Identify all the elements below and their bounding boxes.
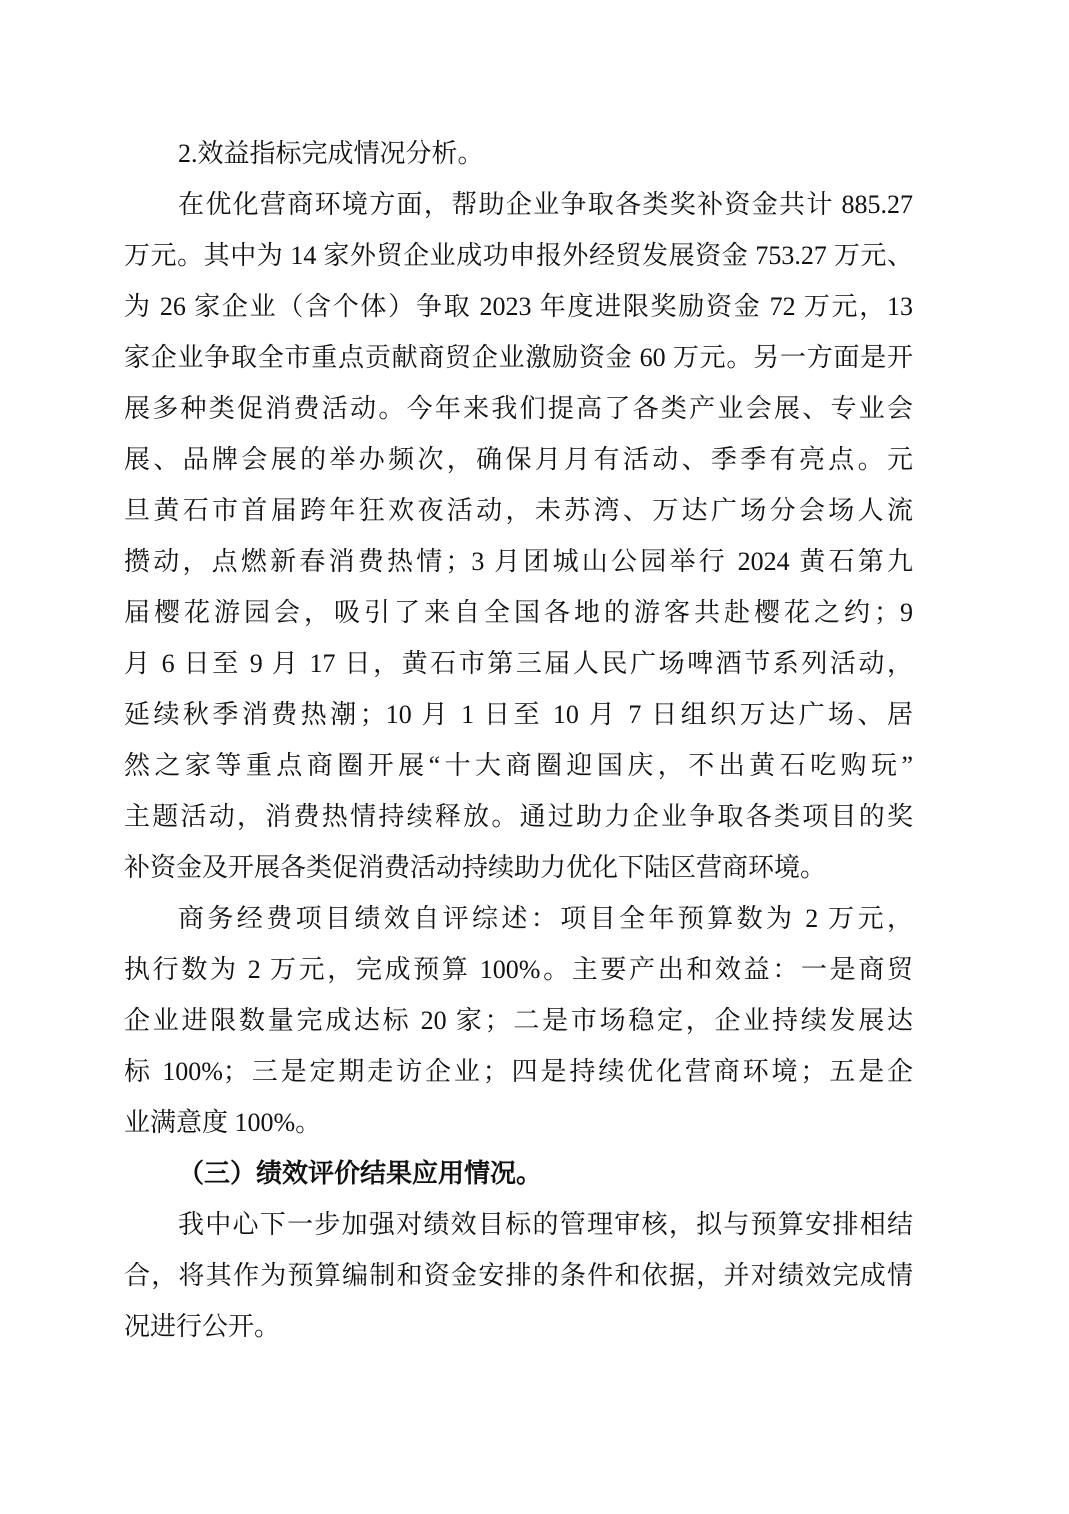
text-line: 攒动，点燃新春消费热情；3 月团城山公园举行 2024 黄石第九 [124, 536, 913, 587]
text-line: 延续秋季消费热潮；10 月 1 日至 10 月 7 日组织万达广场、居 [124, 689, 913, 740]
document-page: 2.效益指标完成情况分析。在优化营商环境方面，帮助企业争取各类奖补资金共计 88… [0, 0, 1069, 1514]
text-line: 商务经费项目绩效自评综述：项目全年预算数为 2 万元， [124, 893, 913, 944]
text-line: 我中心下一步加强对绩效目标的管理审核，拟与预算安排相结 [124, 1199, 913, 1250]
text-line: 届樱花游园会，吸引了来自全国各地的游客共赴樱花之约；9 [124, 587, 913, 638]
text-line: 月 6 日至 9 月 17 日，黄石市第三届人民广场啤酒节系列活动， [124, 638, 913, 689]
text-line: 展多种类促消费活动。今年来我们提高了各类产业会展、专业会 [124, 383, 913, 434]
text-line: 为 26 家企业（含个体）争取 2023 年度进限奖励资金 72 万元，13 [124, 281, 913, 332]
text-line: 在优化营商环境方面，帮助企业争取各类奖补资金共计 885.27 [124, 179, 913, 230]
section-heading-three: （三）绩效评价结果应用情况。 [124, 1148, 913, 1199]
text-line: 执行数为 2 万元，完成预算 100%。主要产出和效益：一是商贸 [124, 944, 913, 995]
text-line: 况进行公开。 [124, 1301, 913, 1352]
text-line: 合，将其作为预算编制和资金安排的条件和依据，并对绩效完成情 [124, 1250, 913, 1301]
paragraph-project-self-evaluation: 商务经费项目绩效自评综述：项目全年预算数为 2 万元，执行数为 2 万元，完成预… [124, 893, 913, 1148]
paragraph-result-application: 我中心下一步加强对绩效目标的管理审核，拟与预算安排相结合，将其作为预算编制和资金… [124, 1199, 913, 1352]
text-line: 2.效益指标完成情况分析。 [124, 128, 913, 179]
text-line: 家企业争取全市重点贡献商贸企业激励资金 60 万元。另一方面是开 [124, 332, 913, 383]
text-line: 旦黄石市首届跨年狂欢夜活动，未苏湾、万达广场分会场人流 [124, 485, 913, 536]
section-heading-2: 2.效益指标完成情况分析。 [124, 128, 913, 179]
text-line: 业满意度 100%。 [124, 1097, 913, 1148]
text-line: 企业进限数量完成达标 20 家；二是市场稳定，企业持续发展达 [124, 995, 913, 1046]
text-line: 然之家等重点商圈开展“十大商圈迎国庆，不出黄石吃购玩” [124, 740, 913, 791]
text-line: （三）绩效评价结果应用情况。 [124, 1148, 913, 1199]
document-body: 2.效益指标完成情况分析。在优化营商环境方面，帮助企业争取各类奖补资金共计 88… [124, 128, 913, 1352]
text-line: 展、品牌会展的举办频次，确保月月有活动、季季有亮点。元 [124, 434, 913, 485]
text-line: 补资金及开展各类促消费活动持续助力优化下陆区营商环境。 [124, 842, 913, 893]
text-line: 万元。其中为 14 家外贸企业成功申报外经贸发展资金 753.27 万元、 [124, 230, 913, 281]
paragraph-benefit-analysis: 在优化营商环境方面，帮助企业争取各类奖补资金共计 885.27万元。其中为 14… [124, 179, 913, 893]
text-line: 标 100%；三是定期走访企业；四是持续优化营商环境；五是企 [124, 1046, 913, 1097]
text-line: 主题活动，消费热情持续释放。通过助力企业争取各类项目的奖 [124, 791, 913, 842]
